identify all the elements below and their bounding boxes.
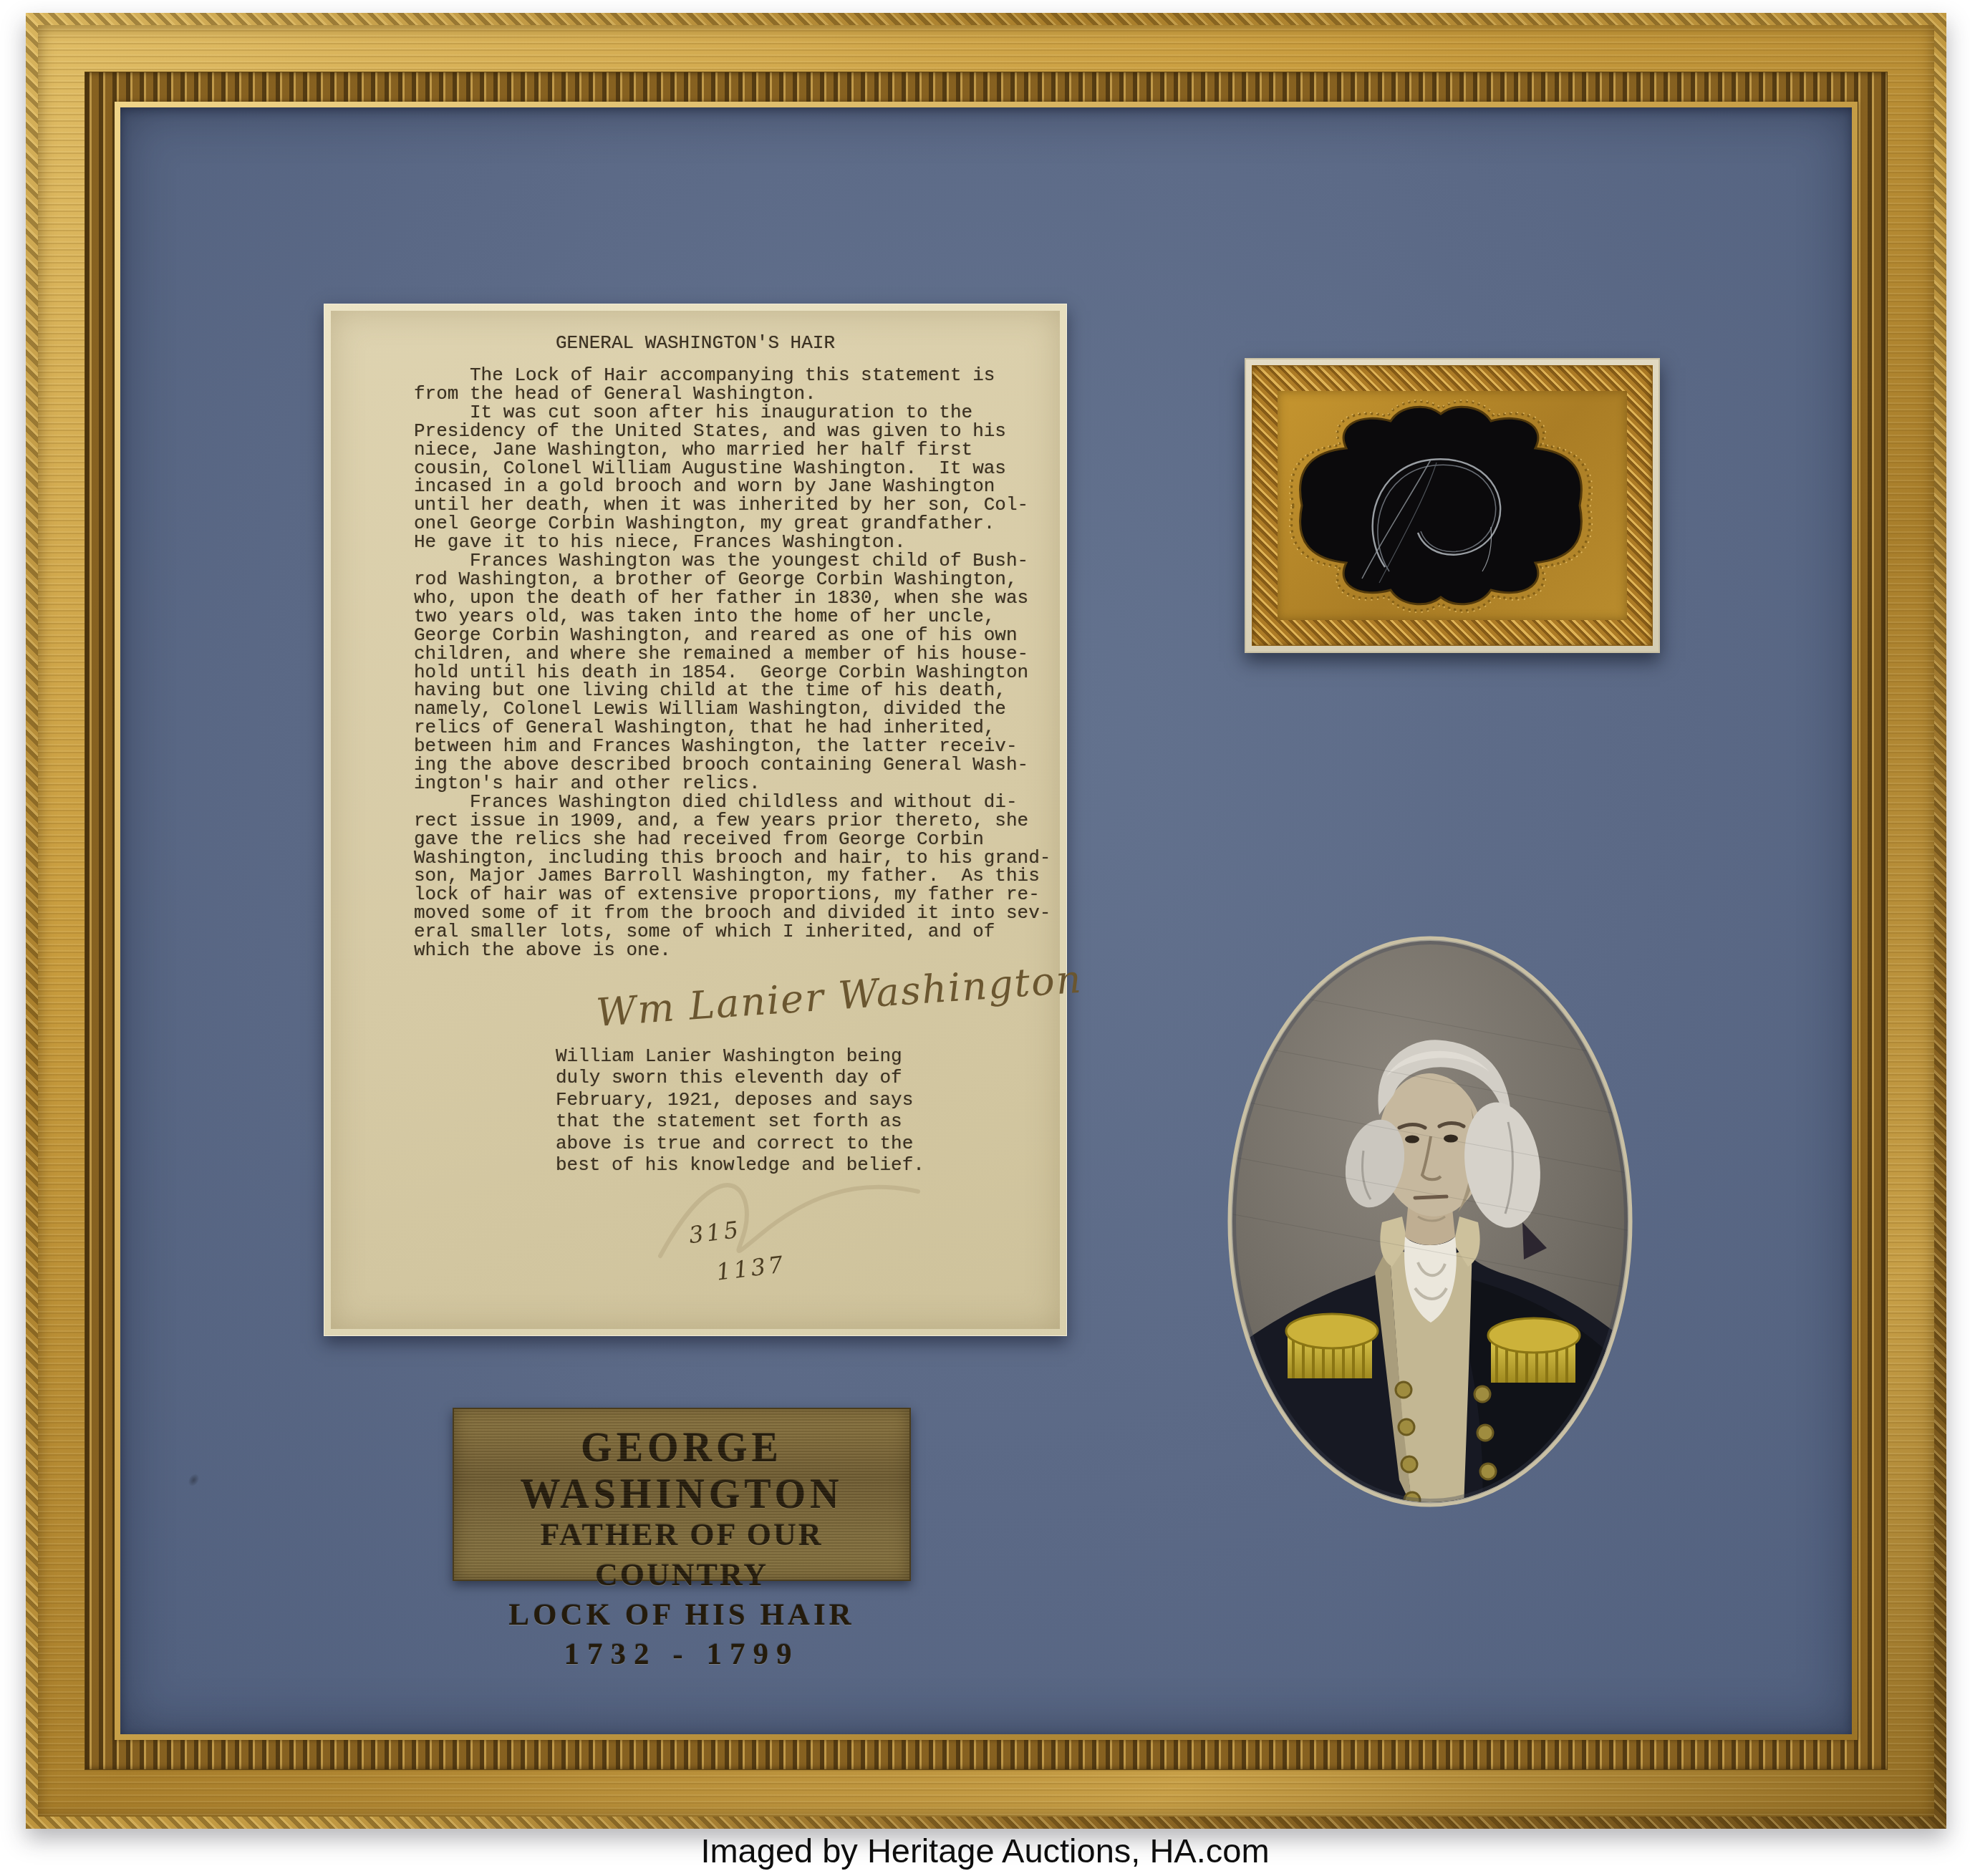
document-body-line: Presidency of the United States, and was… xyxy=(414,422,1051,441)
document-title: GENERAL WASHINGTON'S HAIR xyxy=(331,332,1060,354)
document-body: The Lock of Hair accompanying this state… xyxy=(414,367,1051,960)
document-body-line: niece, Jane Washington, who married her … xyxy=(414,441,1051,460)
mat-blemish xyxy=(186,1472,201,1488)
brass-plaque: GEORGE WASHINGTON FATHER OF OUR COUNTRY … xyxy=(453,1408,911,1581)
george-washington-portrait-oval xyxy=(1227,936,1633,1507)
affidavit-statement-line: best of his knowledge and belief. xyxy=(556,1154,924,1176)
document-body-line: rect issue in 1909, and, a few years pri… xyxy=(414,812,1051,831)
document-body-line: from the head of General Washington. xyxy=(414,385,1051,404)
affidavit-statement-line: duly sworn this eleventh day of xyxy=(556,1067,924,1088)
hair-case-amber-mat xyxy=(1278,391,1627,620)
document-body-line: rod Washington, a brother of George Corb… xyxy=(414,571,1051,589)
framed-display-photo: GENERAL WASHINGTON'S HAIR The Lock of Ha… xyxy=(0,0,1970,1876)
hair-lock-case xyxy=(1245,358,1660,653)
affidavit-statement-line: that the statement set forth as xyxy=(556,1111,924,1132)
affidavit-statement-line: above is true and correct to the xyxy=(556,1133,924,1154)
affidavit-mount-board: GENERAL WASHINGTON'S HAIR The Lock of Ha… xyxy=(324,304,1067,1336)
plaque-name-line: GEORGE WASHINGTON xyxy=(453,1405,911,1518)
document-body-line: ington's hair and other relics. xyxy=(414,775,1051,793)
plaque-epithet-line: FATHER OF OUR COUNTRY xyxy=(453,1515,911,1595)
affidavit-document: GENERAL WASHINGTON'S HAIR The Lock of Ha… xyxy=(331,311,1060,1329)
document-body-line: who, upon the death of her father in 183… xyxy=(414,589,1051,608)
document-body-line: which the above is one. xyxy=(414,942,1051,960)
document-body-line: children, and where she remained a membe… xyxy=(414,645,1051,664)
affidavit-statement-line: February, 1921, deposes and says xyxy=(556,1089,924,1111)
photo-caption: Imaged by Heritage Auctions, HA.com xyxy=(0,1828,1970,1876)
signature-wm-lanier-washington: Wm Lanier Washington xyxy=(595,960,1027,1035)
plaque-relic-line: LOCK OF HIS HAIR xyxy=(453,1595,911,1635)
document-body-line: gave the relics she had received from Ge… xyxy=(414,831,1051,849)
right-epaulette xyxy=(1488,1318,1580,1383)
left-epaulette xyxy=(1286,1314,1378,1378)
affidavit-statement: William Lanier Washington beingduly swor… xyxy=(556,1045,924,1176)
document-body-line: It was cut soon after his inauguration t… xyxy=(414,404,1051,422)
document-body-line: two years old, was taken into the home o… xyxy=(414,608,1051,627)
affidavit-statement-line: William Lanier Washington being xyxy=(556,1045,924,1067)
document-body-line: George Corbin Washington, and reared as … xyxy=(414,627,1051,645)
george-washington-portrait xyxy=(1227,936,1633,1507)
hair-lock-window xyxy=(1278,391,1627,620)
plaque-dates-line: 1732 - 1799 xyxy=(453,1635,911,1674)
document-body-line: Frances Washington died childless and wi… xyxy=(414,793,1051,812)
